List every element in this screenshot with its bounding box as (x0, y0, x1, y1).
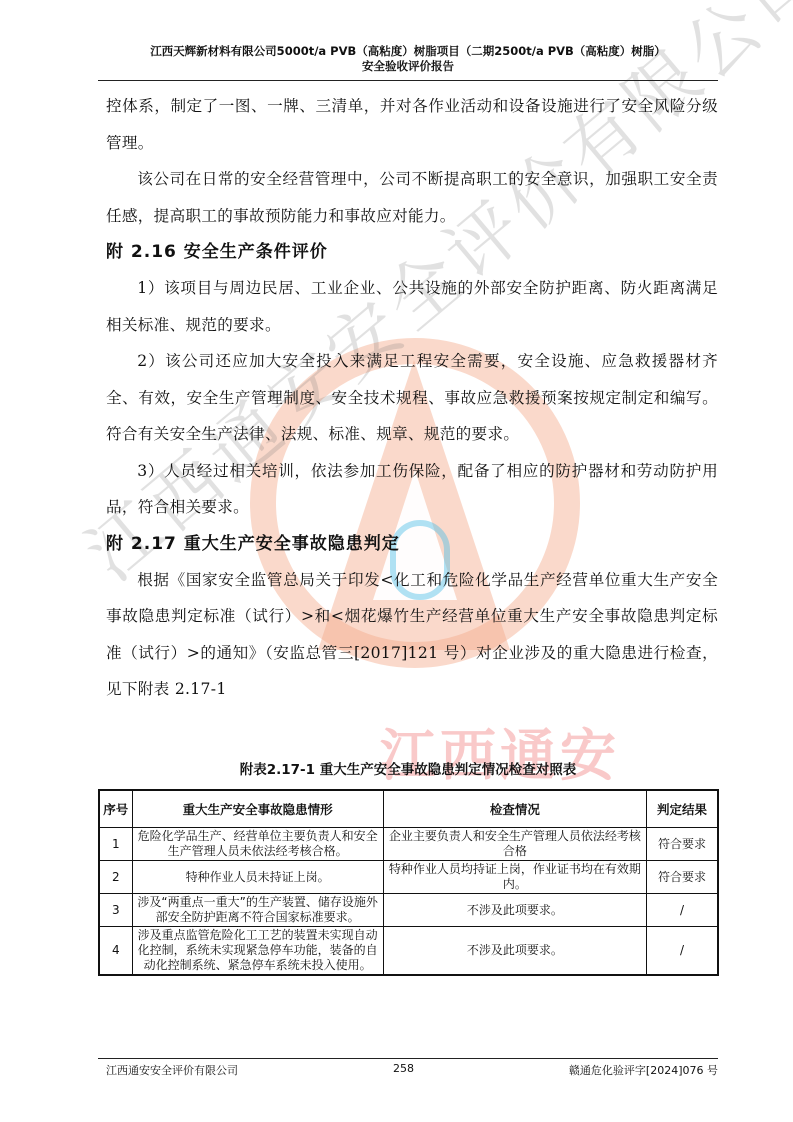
header-verdict: 判定结果 (646, 790, 718, 828)
hazard-check-table: 序号 重大生产安全事故隐患情形 检查情况 判定结果 1 危险化学品生产、经营单位… (98, 789, 719, 976)
cell-check: 不涉及此项要求。 (383, 894, 646, 927)
section-2-17-paragraph: 根据《国家安全监管总局关于印发<化工和危险化学品生产经营单位重大生产安全事故隐患… (106, 562, 718, 708)
section-2-16-item-2: 2）该公司还应加大安全投入来满足工程安全需要，安全设施、应急救援器材齐全、有效，… (106, 343, 718, 453)
cell-check: 特种作业人员均持证上岗，作业证书均在有效期内。 (383, 861, 646, 894)
footer-company: 江西通安安全评价有限公司 (106, 1062, 238, 1078)
header-title-line2: 安全验收评价报告 (98, 59, 718, 74)
cell-serial: 1 (99, 828, 132, 861)
header-hazard: 重大生产安全事故隐患情形 (132, 790, 383, 828)
cell-hazard: 危险化学品生产、经营单位主要负责人和安全生产管理人员未依法经考核合格。 (132, 828, 383, 861)
footer-doc-number: 赣通危化验评字[2024]076 号 (569, 1062, 718, 1078)
cell-hazard: 涉及“两重点一重大”的生产装置、储存设施外部安全防护距离不符合国家标准要求。 (132, 894, 383, 927)
table-row: 1 危险化学品生产、经营单位主要负责人和安全生产管理人员未依法经考核合格。 企业… (99, 828, 718, 861)
cell-verdict: / (646, 927, 718, 976)
section-2-16-item-1: 1）该项目与周边民居、工业企业、公共设施的外部安全防护距离、防火距离满足相关标准… (106, 270, 718, 343)
cell-serial: 2 (99, 861, 132, 894)
cell-check: 不涉及此项要求。 (383, 927, 646, 976)
cell-serial: 4 (99, 927, 132, 976)
footer-page-number: 258 (393, 1062, 414, 1078)
header-title-line1: 江西天辉新材料有限公司5000t/a PVB（高粘度）树脂项目（二期2500t/… (98, 44, 718, 59)
table-row: 4 涉及重点监管危险化工工艺的装置未实现自动化控制，系统未实现紧急停车功能，装备… (99, 927, 718, 976)
cell-verdict: 符合要求 (646, 861, 718, 894)
cell-hazard: 特种作业人员未持证上岗。 (132, 861, 383, 894)
table-row: 2 特种作业人员未持证上岗。 特种作业人员均持证上岗，作业证书均在有效期内。 符… (99, 861, 718, 894)
page-footer: 江西通安安全评价有限公司 258 赣通危化验评字[2024]076 号 (106, 1062, 718, 1078)
section-heading-2-17: 附 2.17 重大生产安全事故隐患判定 (106, 526, 718, 562)
footer-divider (98, 1058, 718, 1059)
table-row: 3 涉及“两重点一重大”的生产装置、储存设施外部安全防护距离不符合国家标准要求。… (99, 894, 718, 927)
header-check: 检查情况 (383, 790, 646, 828)
watermark-red-text: 江西通安 (380, 712, 620, 792)
cell-serial: 3 (99, 894, 132, 927)
paragraph-continued: 控体系，制定了一图、一牌、三清单，并对各作业活动和设备设施进行了安全风险分级管理… (106, 88, 718, 161)
page-header: 江西天辉新材料有限公司5000t/a PVB（高粘度）树脂项目（二期2500t/… (98, 44, 718, 74)
paragraph-safety-awareness: 该公司在日常的安全经营管理中，公司不断提高职工的安全意识，加强职工安全责任感，提… (106, 161, 718, 234)
header-serial: 序号 (99, 790, 132, 828)
table-header-row: 序号 重大生产安全事故隐患情形 检查情况 判定结果 (99, 790, 718, 828)
cell-hazard: 涉及重点监管危险化工工艺的装置未实现自动化控制，系统未实现紧急停车功能，装备的自… (132, 927, 383, 976)
cell-verdict: 符合要求 (646, 828, 718, 861)
cell-verdict: / (646, 894, 718, 927)
header-divider (98, 80, 718, 81)
document-body: 控体系，制定了一图、一牌、三清单，并对各作业活动和设备设施进行了安全风险分级管理… (106, 88, 718, 708)
section-2-16-item-3: 3）人员经过相关培训，依法参加工伤保险，配备了相应的防护器材和劳动防护用品，符合… (106, 453, 718, 526)
section-heading-2-16: 附 2.16 安全生产条件评价 (106, 234, 718, 270)
cell-check: 企业主要负责人和安全生产管理人员依法经考核合格 (383, 828, 646, 861)
table-title: 附表2.17-1 重大生产安全事故隐患判定情况检查对照表 (98, 758, 718, 778)
